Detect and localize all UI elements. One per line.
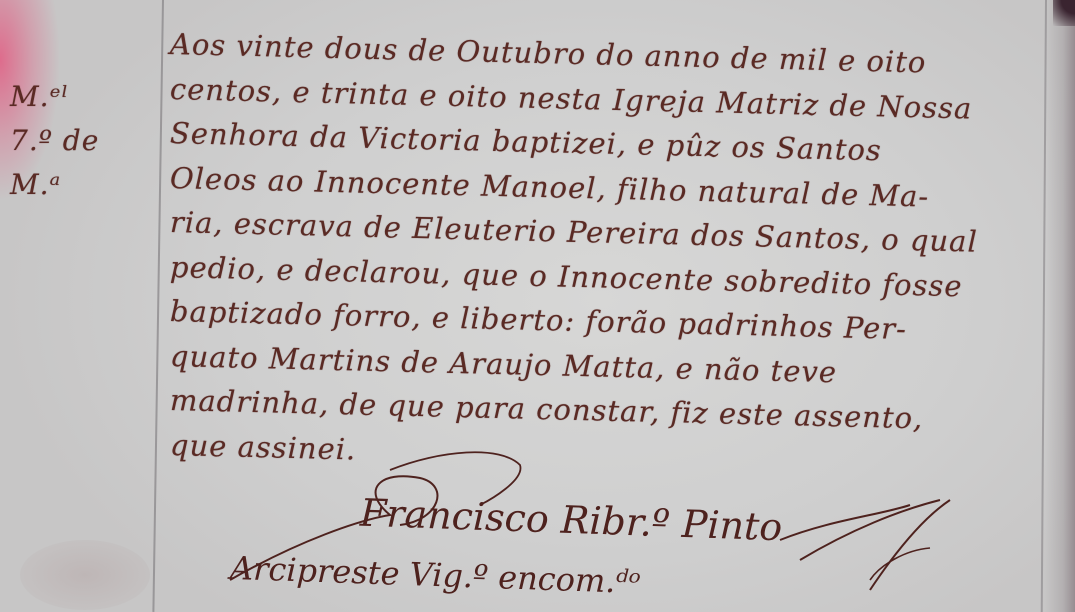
manuscript-page: M.ᵉˡ 7.º de M.ᵃ Aos vinte dous de Outubr… [0,0,1075,612]
corner-shadow [1053,0,1075,26]
signature-name: Francisco Ribr.º Pinto [359,491,783,550]
margin-rule-line [152,0,163,612]
margin-note-line: M.ᵉˡ [10,75,140,119]
margin-note: M.ᵉˡ 7.º de M.ᵃ [10,75,140,207]
margin-note-line: 7.º de [10,119,140,163]
margin-note-line: M.ᵃ [10,163,140,207]
page-curl-shadow [1045,0,1075,612]
signature-title: Arcipreste Vig.º encom.ᵈᵒ [229,549,641,601]
record-body: Aos vinte dous de Outubro do anno de mil… [170,22,1040,467]
paper-stain [20,540,150,610]
